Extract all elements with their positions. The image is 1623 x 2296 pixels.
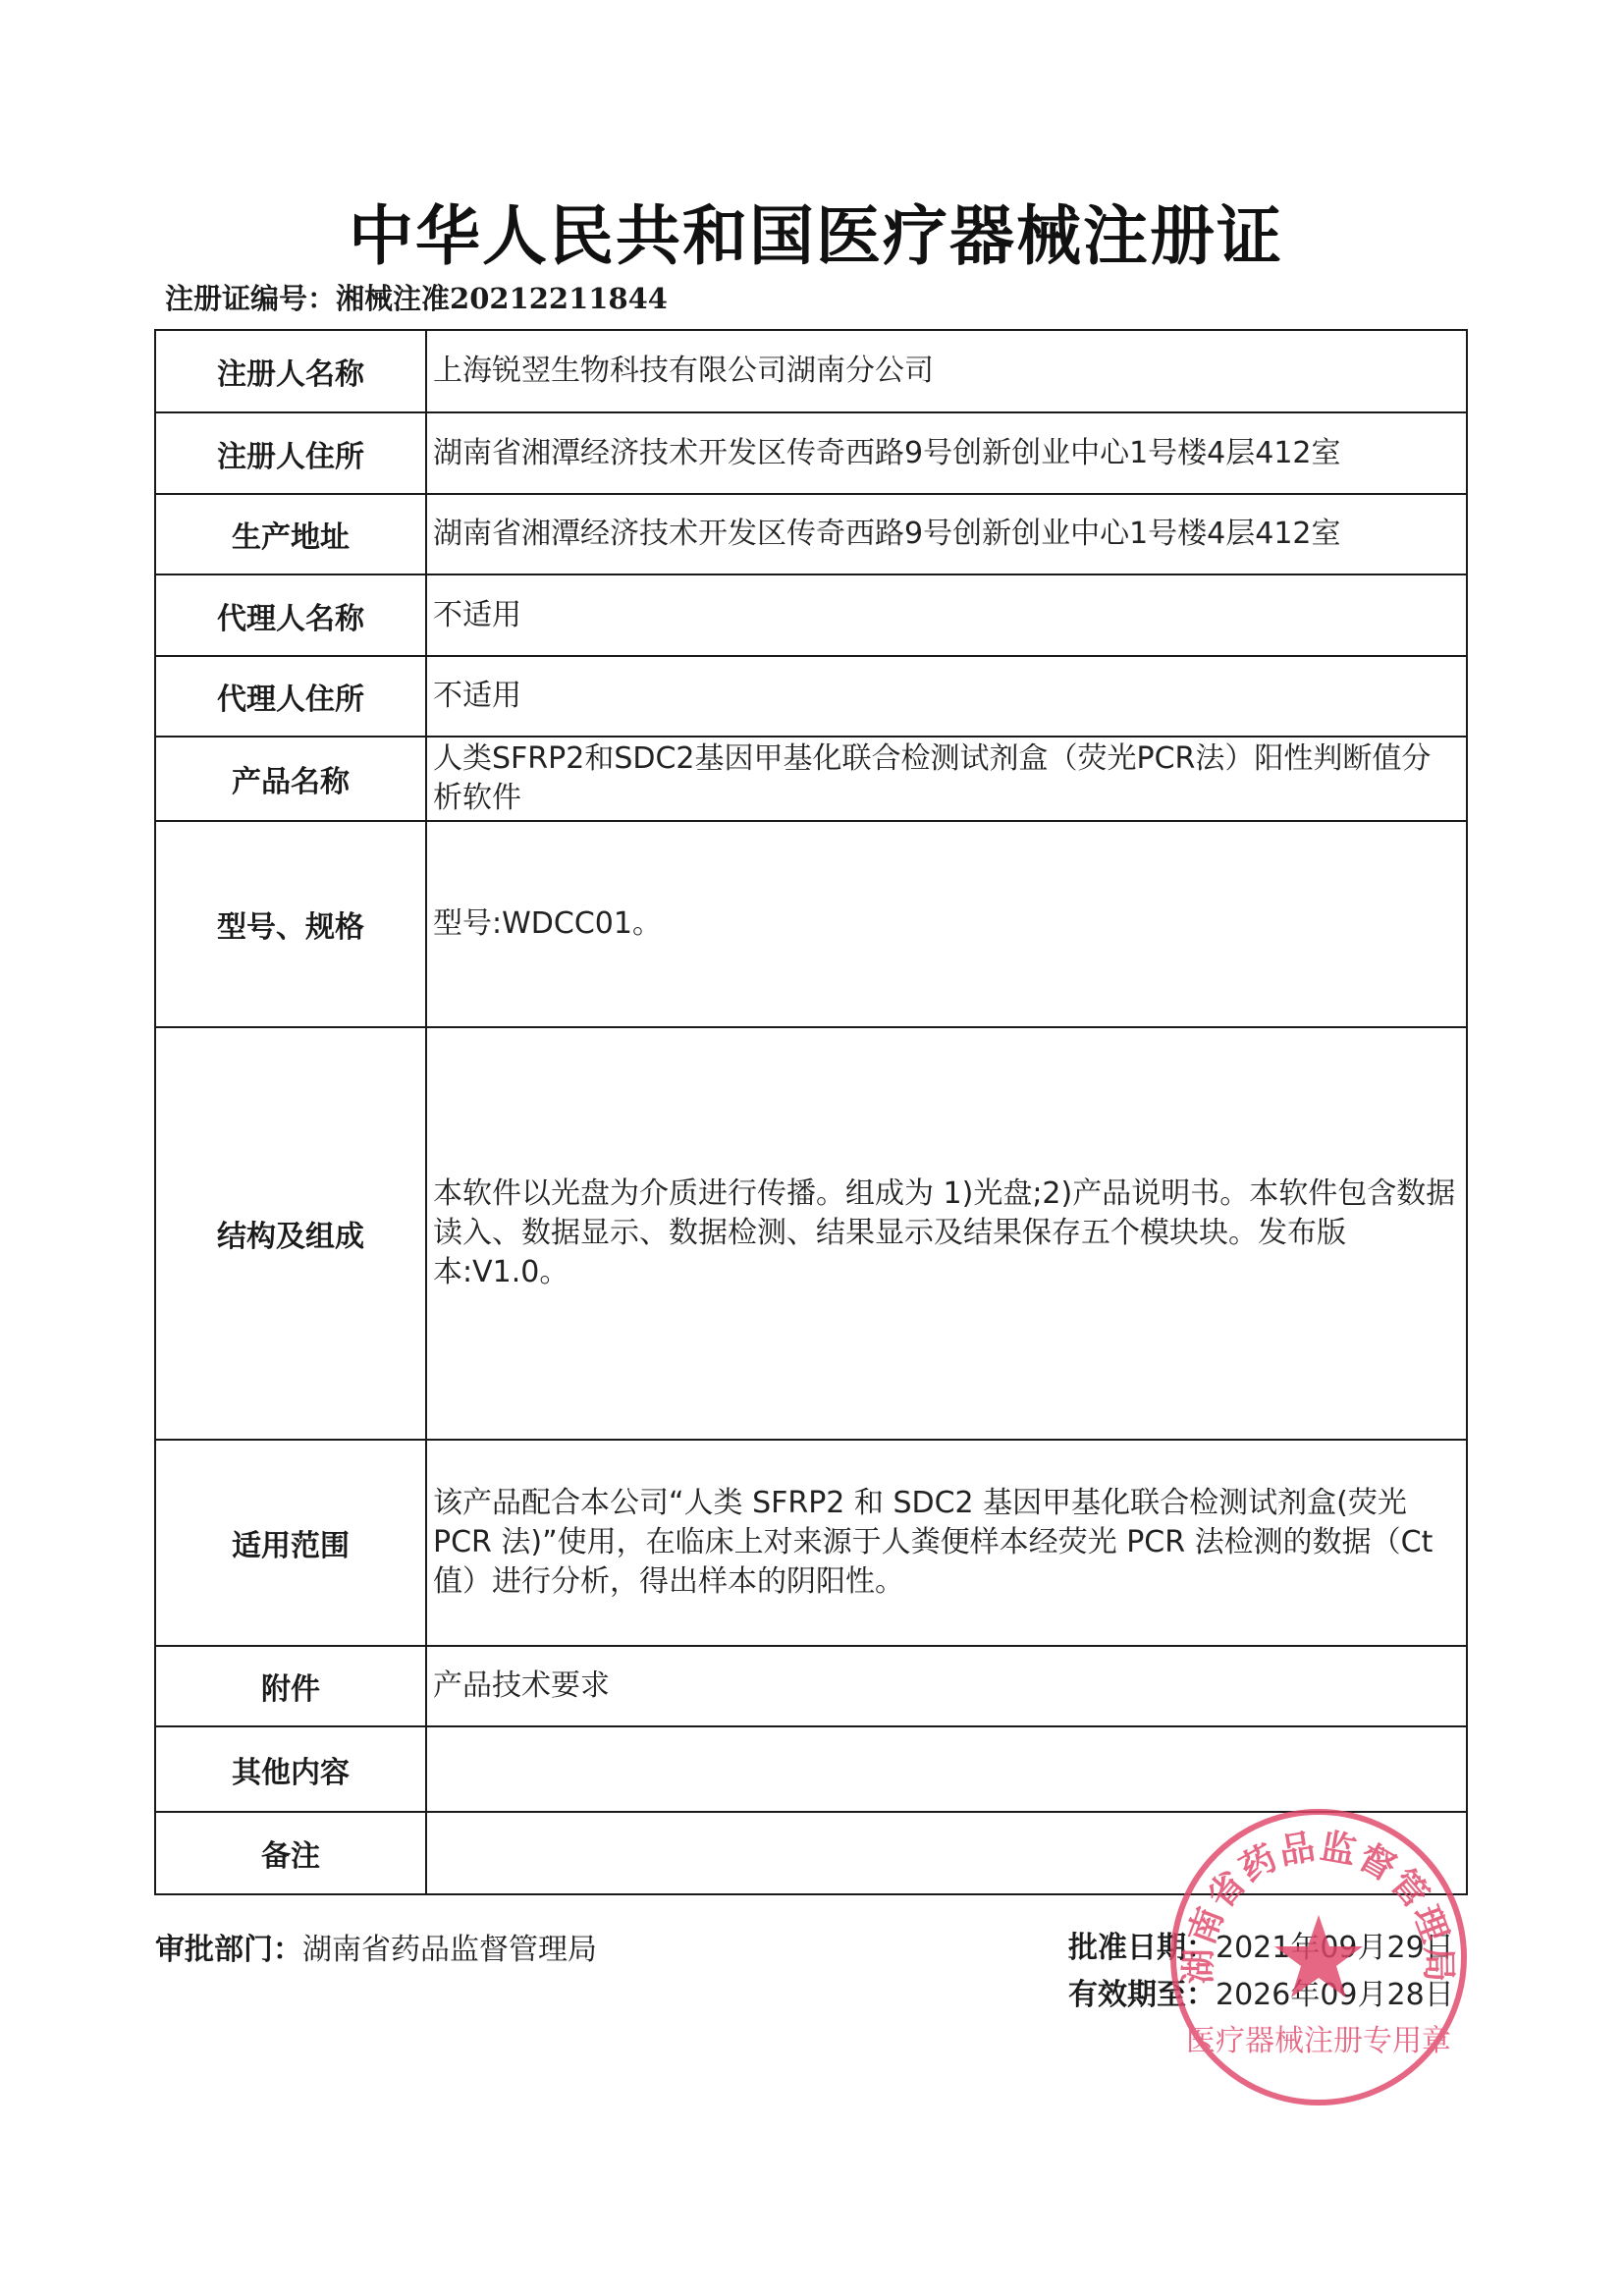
registration-number: 湘械注准20212211844 xyxy=(336,282,668,315)
valid-until-label: 有效期至： xyxy=(1068,1978,1216,2012)
value-agent-address: 不适用 xyxy=(427,657,1466,736)
certificate-table: 注册人名称 上海锐翌生物科技有限公司湖南分公司 注册人住所 湖南省湘潭经济技术开… xyxy=(154,329,1468,1895)
value-scope: 该产品配合本公司“人类 SFRP2 和 SDC2 基因甲基化联合检测试剂盒(荧光… xyxy=(427,1441,1466,1645)
value-structure: 本软件以光盘为介质进行传播。组成为 1)光盘;2)产品说明书。本软件包含数据读入… xyxy=(427,1028,1466,1439)
label-agent-address: 代理人住所 xyxy=(156,657,427,736)
approval-department: 审批部门：湖南省药品监督管理局 xyxy=(155,1925,597,1968)
label-registrant-name: 注册人名称 xyxy=(156,331,427,411)
approval-date: 批准日期：2021年09月29日 xyxy=(1068,1925,1454,1972)
label-attachment: 附件 xyxy=(156,1647,427,1725)
registration-number-label: 注册证编号： xyxy=(165,282,336,315)
seal-bottom-text: 医疗器械注册专用章 xyxy=(1186,2024,1451,2058)
value-text: 该产品配合本公司“人类 SFRP2 和 SDC2 基因甲基化联合检测试剂盒(荧光… xyxy=(433,1484,1458,1602)
row-production-address: 生产地址 湖南省湘潭经济技术开发区传奇西路9号创新创业中心1号楼4层412室 xyxy=(156,493,1466,574)
label-registrant-address: 注册人住所 xyxy=(156,413,427,493)
valid-until: 有效期至：2026年09月28日 xyxy=(1068,1972,1454,2019)
value-text: 湖南省湘潭经济技术开发区传奇西路9号创新创业中心1号楼4层412室 xyxy=(433,434,1341,473)
row-other: 其他内容 xyxy=(156,1725,1466,1811)
row-agent-name: 代理人名称 不适用 xyxy=(156,574,1466,655)
approval-date-value: 2021年09月29日 xyxy=(1216,1931,1454,1965)
label-production-address: 生产地址 xyxy=(156,495,427,574)
document-title: 中华人民共和国医疗器械注册证 xyxy=(349,196,1291,275)
label-other: 其他内容 xyxy=(156,1727,427,1811)
approval-department-label: 审批部门： xyxy=(155,1933,302,1967)
value-text: 不适用 xyxy=(433,677,521,716)
label-remarks: 备注 xyxy=(156,1813,427,1893)
value-text: 湖南省湘潭经济技术开发区传奇西路9号创新创业中心1号楼4层412室 xyxy=(433,515,1341,554)
label-model-spec: 型号、规格 xyxy=(156,822,427,1026)
dates-block: 批准日期：2021年09月29日 有效期至：2026年09月28日 xyxy=(1068,1925,1454,2019)
label-structure: 结构及组成 xyxy=(156,1028,427,1439)
row-product-name: 产品名称 人类SFRP2和SDC2基因甲基化联合检测试剂盒（荧光PCR法）阳性判… xyxy=(156,736,1466,820)
value-text: 人类SFRP2和SDC2基因甲基化联合检测试剂盒（荧光PCR法）阳性判断值分析软… xyxy=(433,739,1458,818)
value-text: 产品技术要求 xyxy=(433,1667,610,1706)
value-registrant-name: 上海锐翌生物科技有限公司湖南分公司 xyxy=(427,331,1466,411)
value-agent-name: 不适用 xyxy=(427,575,1466,655)
row-structure: 结构及组成 本软件以光盘为介质进行传播。组成为 1)光盘;2)产品说明书。本软件… xyxy=(156,1026,1466,1439)
row-attachment: 附件 产品技术要求 xyxy=(156,1645,1466,1725)
value-text: 本软件以光盘为介质进行传播。组成为 1)光盘;2)产品说明书。本软件包含数据读入… xyxy=(433,1175,1458,1292)
value-model-spec: 型号:WDCC01。 xyxy=(427,822,1466,1026)
row-scope: 适用范围 该产品配合本公司“人类 SFRP2 和 SDC2 基因甲基化联合检测试… xyxy=(156,1439,1466,1645)
row-registrant-address: 注册人住所 湖南省湘潭经济技术开发区传奇西路9号创新创业中心1号楼4层412室 xyxy=(156,411,1466,493)
registration-number-line: 注册证编号：湘械注准20212211844 xyxy=(165,279,668,318)
value-product-name: 人类SFRP2和SDC2基因甲基化联合检测试剂盒（荧光PCR法）阳性判断值分析软… xyxy=(427,738,1466,820)
row-registrant-name: 注册人名称 上海锐翌生物科技有限公司湖南分公司 xyxy=(156,331,1466,411)
label-agent-name: 代理人名称 xyxy=(156,575,427,655)
value-text: 型号:WDCC01。 xyxy=(433,904,662,944)
value-remarks xyxy=(427,1813,1466,1893)
value-other xyxy=(427,1727,1466,1811)
valid-until-value: 2026年09月28日 xyxy=(1216,1978,1454,2012)
row-agent-address: 代理人住所 不适用 xyxy=(156,655,1466,736)
row-model-spec: 型号、规格 型号:WDCC01。 xyxy=(156,820,1466,1026)
value-attachment: 产品技术要求 xyxy=(427,1647,1466,1725)
label-product-name: 产品名称 xyxy=(156,738,427,820)
value-text: 不适用 xyxy=(433,596,521,635)
value-registrant-address: 湖南省湘潭经济技术开发区传奇西路9号创新创业中心1号楼4层412室 xyxy=(427,413,1466,493)
value-production-address: 湖南省湘潭经济技术开发区传奇西路9号创新创业中心1号楼4层412室 xyxy=(427,495,1466,574)
value-text: 上海锐翌生物科技有限公司湖南分公司 xyxy=(433,352,934,391)
row-remarks: 备注 xyxy=(156,1811,1466,1893)
approval-department-value: 湖南省药品监督管理局 xyxy=(302,1933,597,1967)
label-scope: 适用范围 xyxy=(156,1441,427,1645)
approval-date-label: 批准日期： xyxy=(1068,1931,1216,1965)
